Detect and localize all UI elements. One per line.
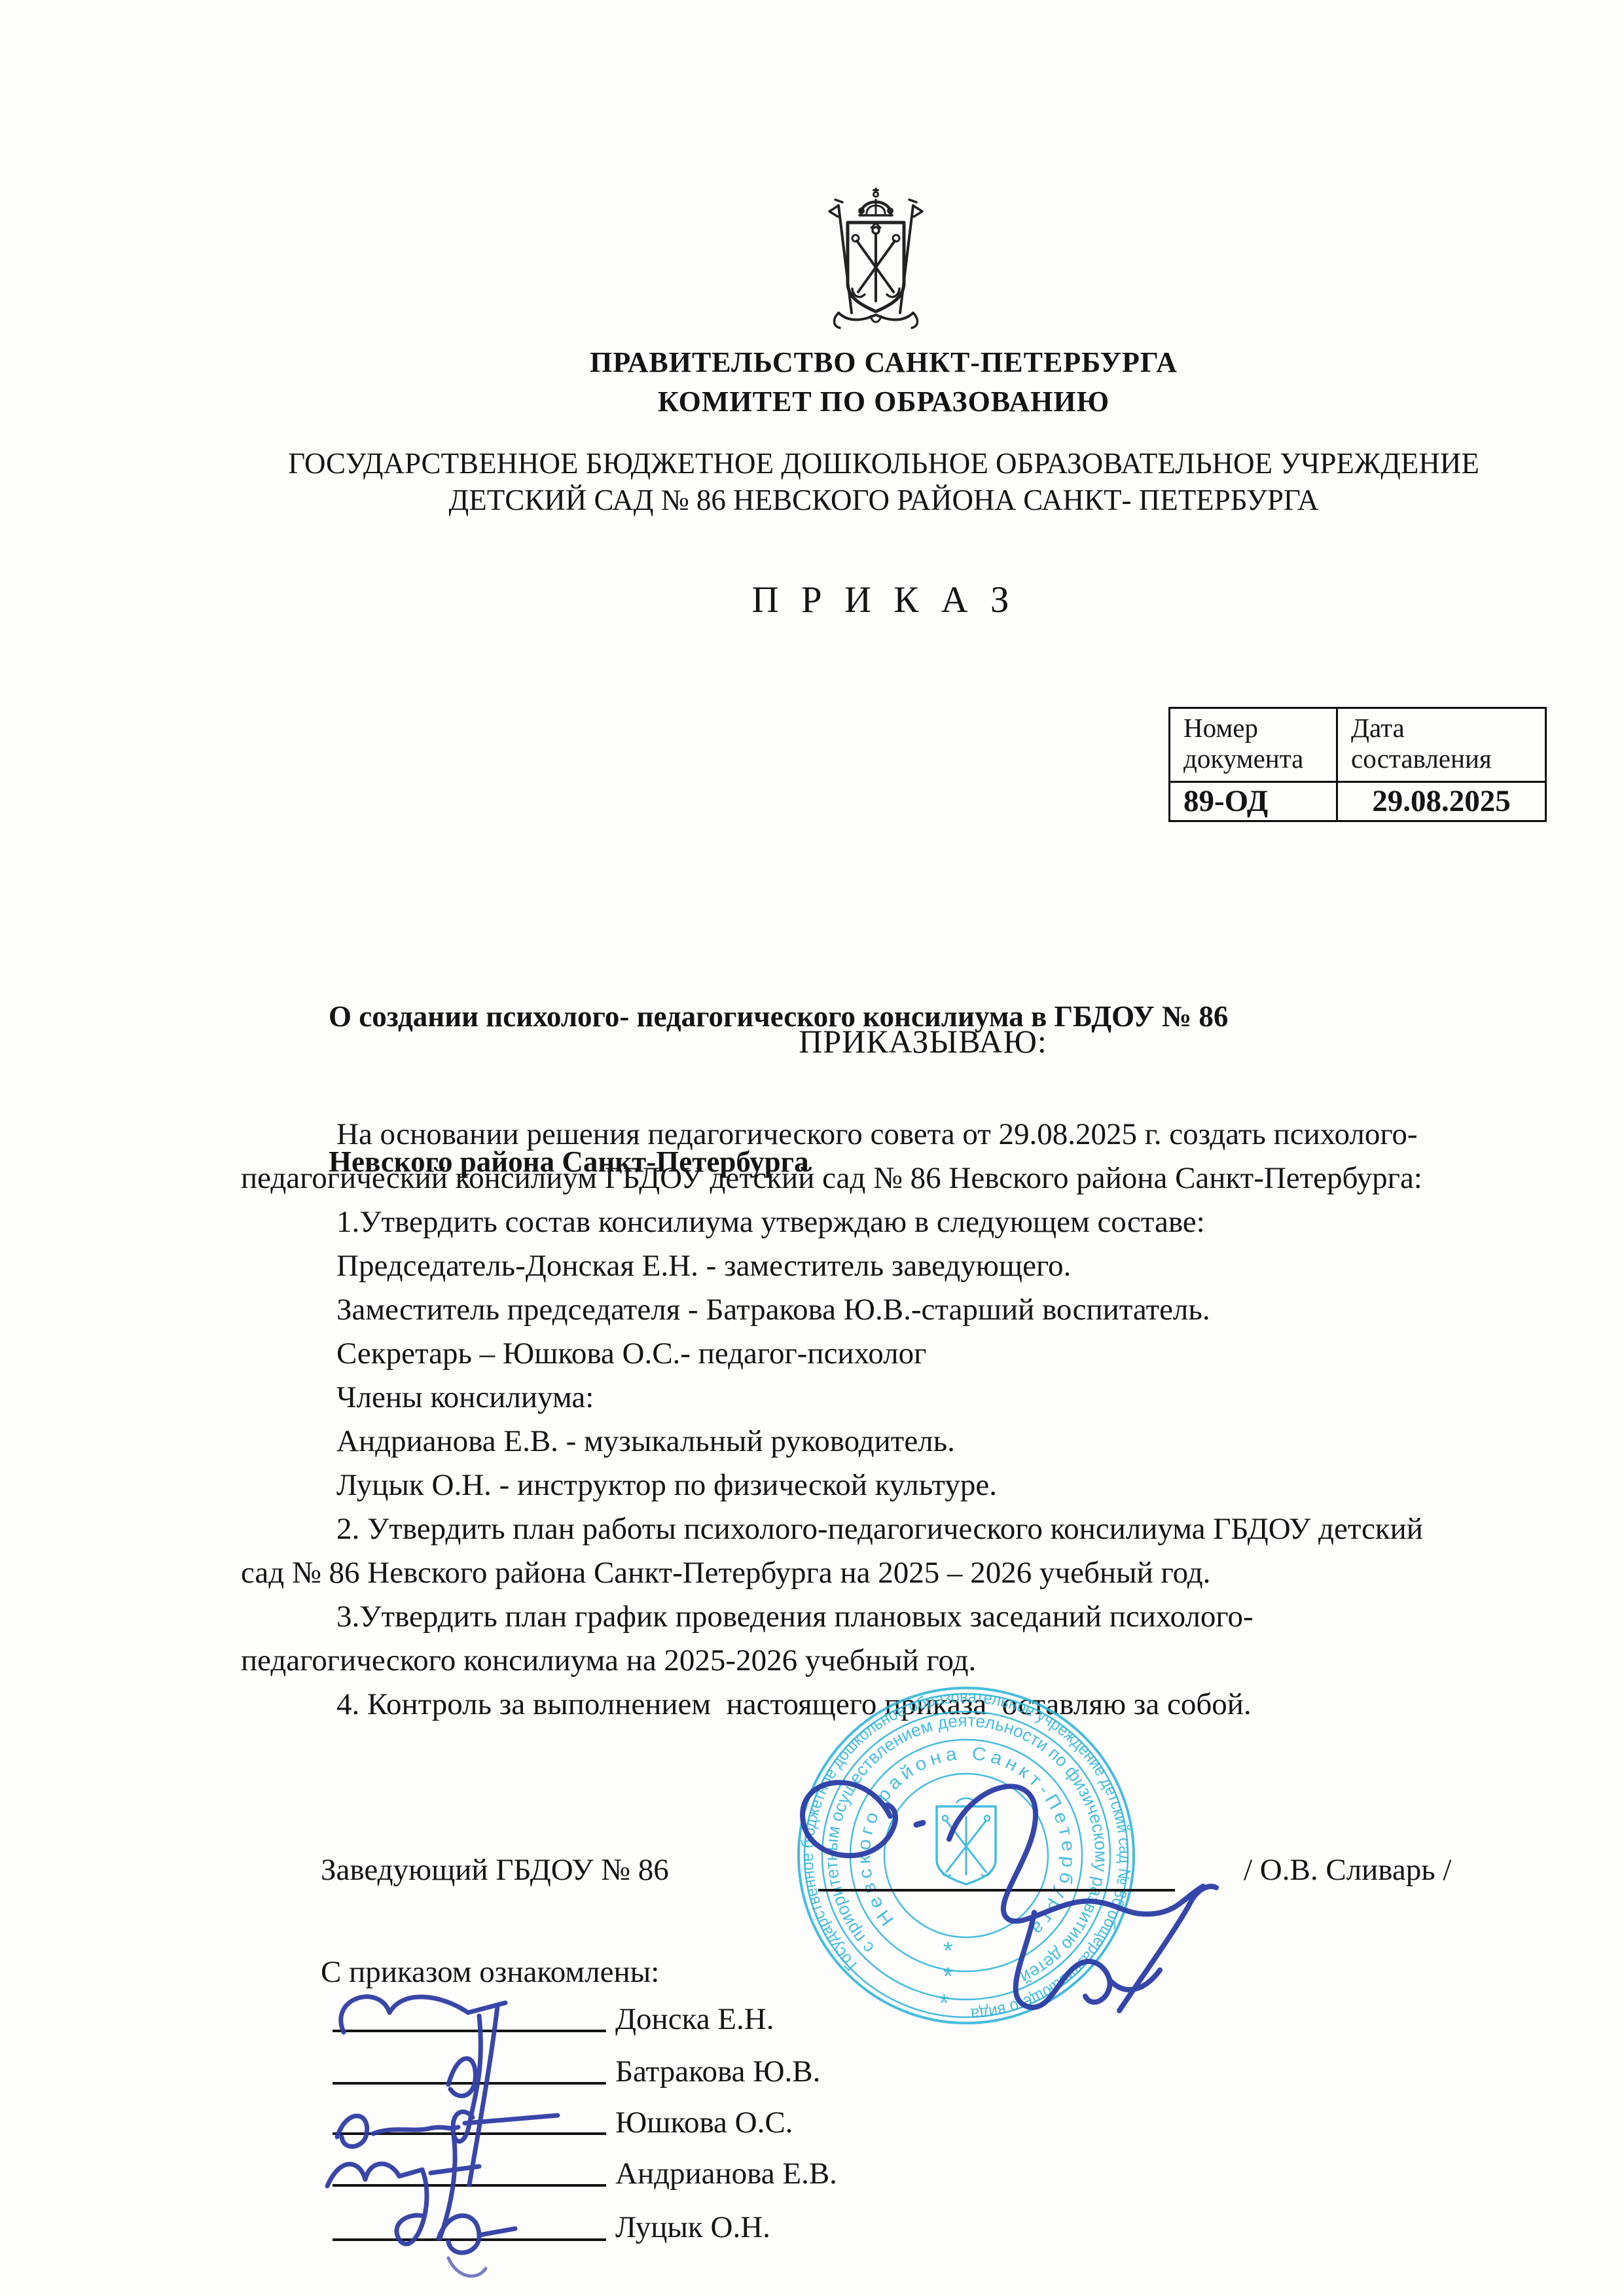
body-line: Андрианова Е.В. - музыкальный руководите… bbox=[241, 1420, 1547, 1463]
body-line: Члены консилиума: bbox=[241, 1376, 1547, 1420]
body-line: 3.Утвердить план график проведения плано… bbox=[241, 1595, 1547, 1639]
table-value-row: 89-ОД 29.08.2025 bbox=[1170, 782, 1546, 821]
org-name-line1: ГОСУДАРСТВЕННОЕ БЮДЖЕТНОЕ ДОШКОЛЬНОЕ ОБР… bbox=[239, 446, 1528, 480]
body-line: Заместитель председателя - Батракова Ю.В… bbox=[241, 1288, 1547, 1332]
doc-number-header-cell: Номер документа bbox=[1170, 708, 1337, 782]
body-line: сад № 86 Невского района Санкт-Петербург… bbox=[241, 1551, 1547, 1595]
director-name-label: / О.В. Сливарь / bbox=[1244, 1852, 1451, 1888]
scanned-order-document: ПРАВИТЕЛЬСТВО САНКТ-ПЕТЕРБУРГА КОМИТЕТ П… bbox=[0, 0, 1624, 2296]
director-handwritten-signature bbox=[753, 1715, 1250, 2022]
spb-coat-of-arms-icon bbox=[814, 185, 938, 332]
body-line: Председатель-Донская Е.Н. - заместитель … bbox=[241, 1244, 1547, 1288]
ack-handwritten-signatures bbox=[281, 1977, 687, 2296]
doc-date-header-cell: Дата составления bbox=[1337, 708, 1546, 782]
table-header-row: Номер документа Дата составления bbox=[1170, 708, 1546, 782]
body-line: педагогического консилиума на 2025-2026 … bbox=[241, 1639, 1547, 1683]
gov-header-line2: КОМИТЕТ ПО ОБРАЗОВАНИЮ bbox=[239, 385, 1528, 418]
order-word: ПРИКАЗЫВАЮ: bbox=[278, 1022, 1568, 1060]
body-line: 1.Утвердить состав консилиума утверждаю … bbox=[241, 1200, 1547, 1244]
body-line: На основании решения педагогического сов… bbox=[241, 1113, 1547, 1157]
document-title: П Р И К А З bbox=[239, 579, 1528, 621]
order-body: На основании решения педагогического сов… bbox=[241, 1113, 1547, 1727]
body-line: 2. Утвердить план работы психолого-педаг… bbox=[241, 1507, 1547, 1551]
body-line: педагогический консилиум ГБДОУ детский с… bbox=[241, 1157, 1547, 1200]
org-name-line2: ДЕТСКИЙ САД № 86 НЕВСКОГО РАЙОНА САНКТ- … bbox=[239, 483, 1528, 517]
gov-header-line1: ПРАВИТЕЛЬСТВО САНКТ-ПЕТЕРБУРГА bbox=[239, 346, 1528, 379]
doc-number-table: Номер документа Дата составления 89-ОД 2… bbox=[1168, 707, 1547, 822]
doc-date-value: 29.08.2025 bbox=[1337, 782, 1546, 821]
body-line: Секретарь – Юшкова О.С.- педагог-психоло… bbox=[241, 1332, 1547, 1376]
doc-number-value: 89-ОД bbox=[1170, 782, 1337, 821]
body-line: Луцык О.Н. - инструктор по физической ку… bbox=[241, 1463, 1547, 1507]
director-position-label: Заведующий ГБДОУ № 86 bbox=[321, 1852, 669, 1888]
